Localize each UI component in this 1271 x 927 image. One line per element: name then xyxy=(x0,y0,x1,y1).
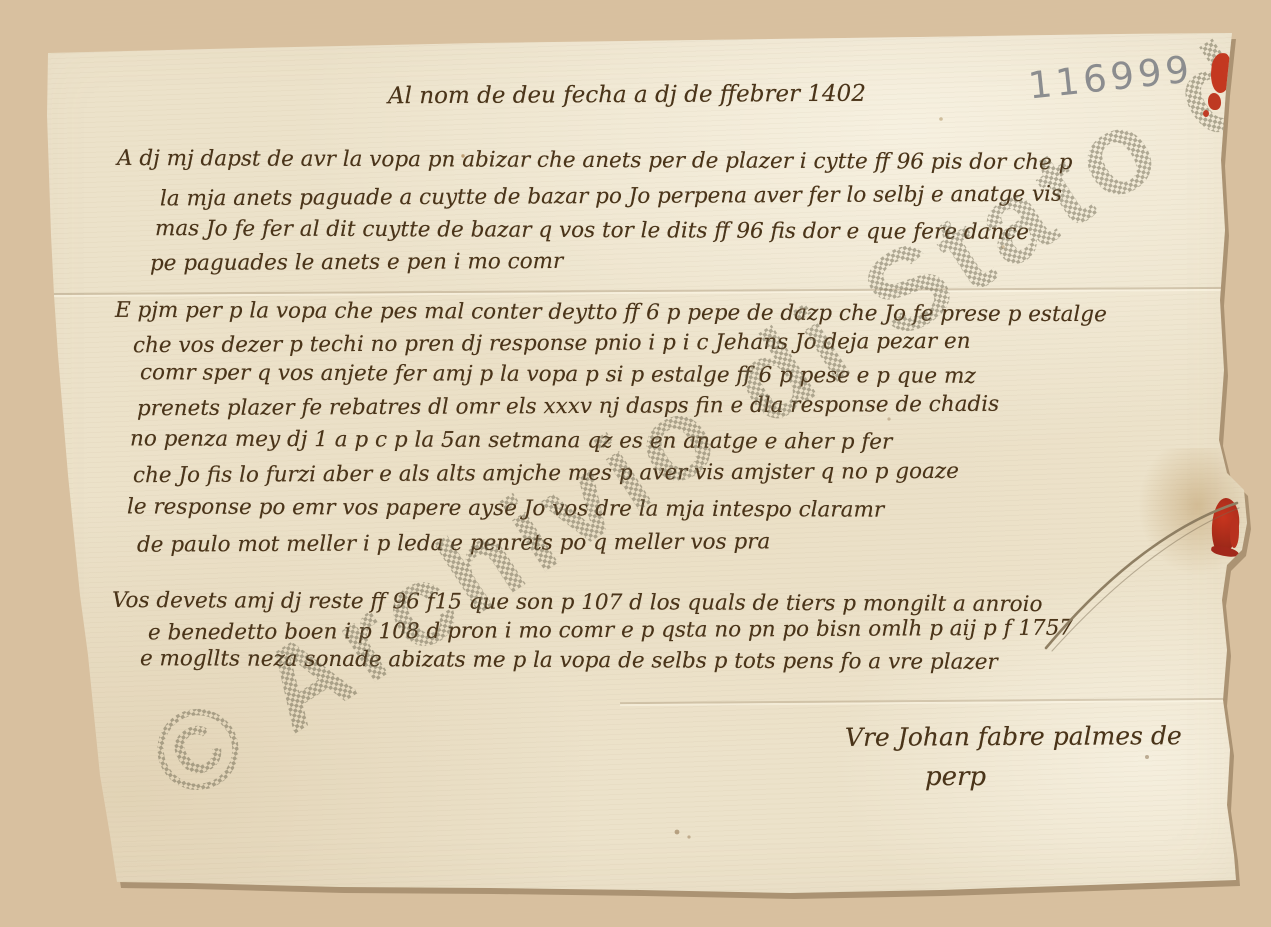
manuscript-line: prenets plazer fe rebatres dl omr els xx… xyxy=(137,392,999,422)
wax-seal-mark xyxy=(1203,110,1209,117)
manuscript-line: no penza mey dj 1 a p c p la 5an setmana… xyxy=(130,426,892,454)
manuscript-line: le response po emr vos papere ayse Jo vo… xyxy=(127,494,884,522)
paper-specks xyxy=(0,0,2,2)
manuscript-line: che vos dezer p techi no pren dj respons… xyxy=(133,329,971,358)
manuscript-line: A dj mj dapst de avr la vopa pn abizar c… xyxy=(117,146,1072,175)
signature-line: perp xyxy=(925,762,986,792)
letter-text: Al nom de deu fecha a dj de ffebrer 1402… xyxy=(0,0,1271,927)
manuscript-line: pe paguades le anets e pen i mo comr xyxy=(150,249,563,276)
manuscript-line: e benedetto boen i p 108 d pron i mo com… xyxy=(148,616,1073,646)
manuscript-page: Al nom de deu fecha a dj de ffebrer 1402… xyxy=(0,0,1271,927)
manuscript-line: la mja anets paguade a cuytte de bazar p… xyxy=(160,182,1062,212)
signature-line: Vre Johan fabre palmes de xyxy=(845,721,1182,752)
manuscript-line: comr sper q vos anjete fer amj p la vopa… xyxy=(140,360,976,389)
wax-seal-mark xyxy=(1208,93,1221,110)
manuscript-line: e mogllts neza sonade abizats me p la vo… xyxy=(140,646,998,675)
manuscript-line: che Jo fis lo furzi aber e als alts amjc… xyxy=(133,459,959,488)
manuscript-line: E pjm per p la vopa che pes mal conter d… xyxy=(115,298,1107,327)
manuscript-line: mas Jo fe fer al dit cuytte de bazar q v… xyxy=(155,216,1029,245)
manuscript-line: de paulo mot meller i p leda e penrets p… xyxy=(137,529,770,557)
scan-background: Al nom de deu fecha a dj de ffebrer 1402… xyxy=(0,0,1271,927)
letter-heading: Al nom de deu fecha a dj de ffebrer 1402 xyxy=(388,81,866,110)
manuscript-line: Vos devets amj dj reste ff 96 f15 que so… xyxy=(112,588,1043,617)
